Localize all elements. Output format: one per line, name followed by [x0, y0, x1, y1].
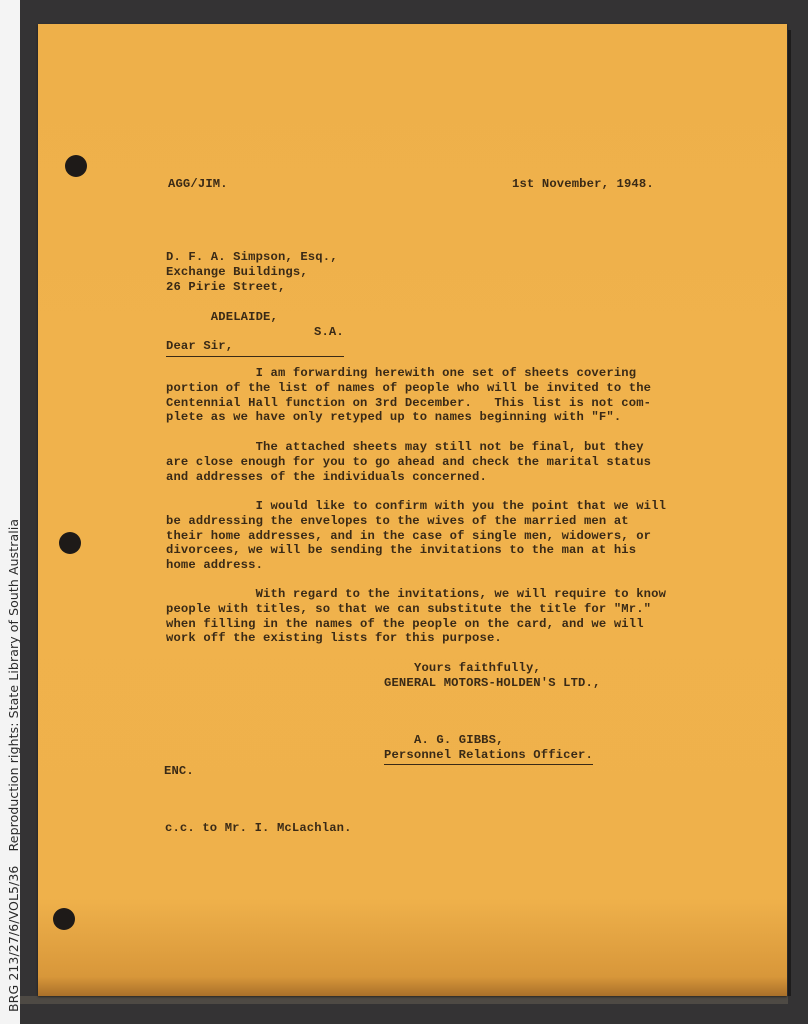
- body-paragraph-1: I am forwarding herewith one set of shee…: [166, 366, 651, 425]
- board-right-edge: [788, 30, 791, 996]
- punch-hole-icon: [65, 155, 87, 177]
- punch-hole-icon: [59, 532, 81, 554]
- letter-reference: AGG/JIM.: [168, 177, 228, 192]
- letter-date: 1st November, 1948.: [512, 177, 654, 192]
- signatory-name: A. G. GIBBS,: [414, 733, 504, 748]
- recipient-state: S.A.: [314, 325, 344, 340]
- recipient-building: Exchange Buildings,: [166, 265, 308, 280]
- body-paragraph-4: With regard to the invitations, we will …: [166, 587, 666, 646]
- body-paragraph-3: I would like to confirm with you the poi…: [166, 499, 666, 573]
- archive-caption: BRG 213/27/6/VOL5/36 Reproduction rights…: [6, 519, 21, 1012]
- board-torn-edge: [20, 996, 788, 1004]
- body-paragraph-2: The attached sheets may still not be fin…: [166, 440, 651, 484]
- recipient-street: 26 Pirie Street,: [166, 280, 285, 295]
- company-name: GENERAL MOTORS-HOLDEN'S LTD.,: [384, 676, 600, 691]
- enclosure-note: ENC.: [164, 764, 194, 779]
- signatory-title: Personnel Relations Officer.: [384, 748, 593, 765]
- archive-margin: BRG 213/27/6/VOL5/36 Reproduction rights…: [0, 0, 20, 1024]
- closing: Yours faithfully,: [414, 661, 541, 676]
- recipient-city: ADELAIDE,: [211, 310, 278, 324]
- recipient-name: D. F. A. Simpson, Esq.,: [166, 250, 338, 265]
- reproduction-rights: Reproduction rights: State Library of So…: [6, 519, 21, 852]
- carbon-copy-note: c.c. to Mr. I. McLachlan.: [165, 821, 352, 836]
- salutation: Dear Sir,: [166, 339, 233, 354]
- letter-sheet: AGG/JIM. 1st November, 1948. D. F. A. Si…: [38, 24, 787, 996]
- archive-reference: BRG 213/27/6/VOL5/36: [6, 866, 21, 1012]
- punch-hole-icon: [53, 908, 75, 930]
